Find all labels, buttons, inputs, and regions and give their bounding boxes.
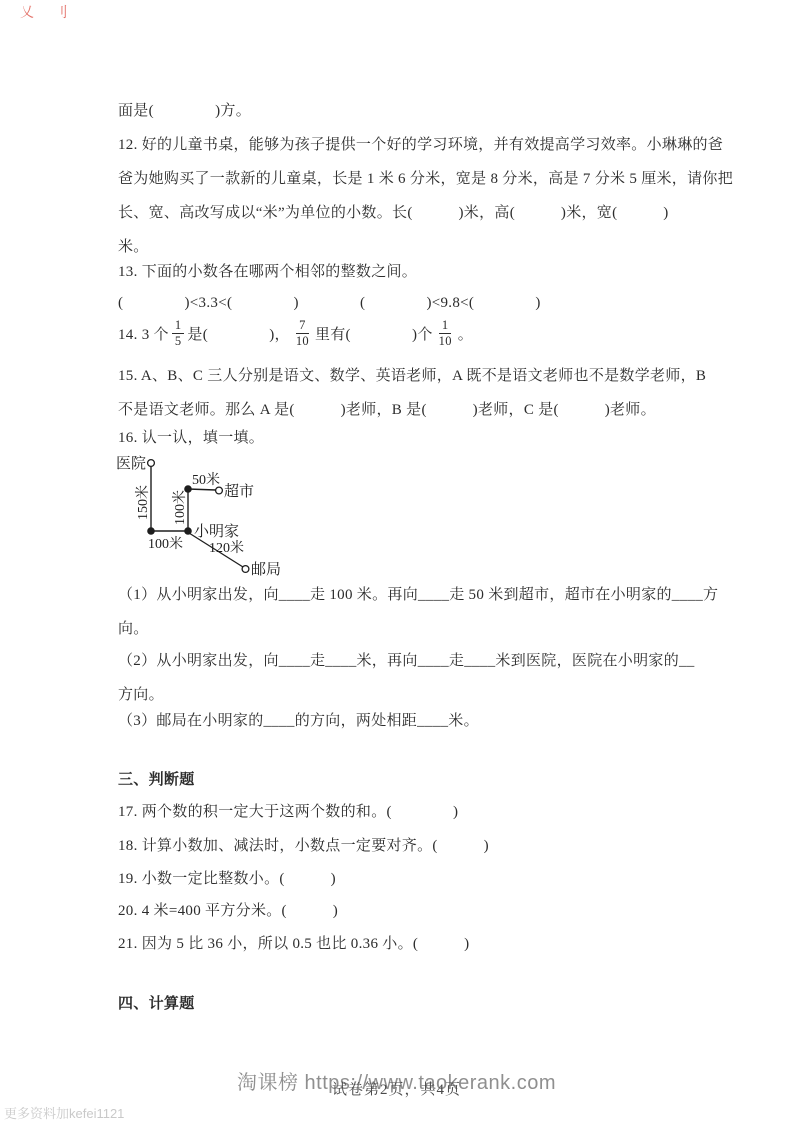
question-19: 19. 小数一定比整数小。( ) [118,869,336,889]
map-supermarket-label: 超市 [224,482,254,500]
exam-paper-page: 乂 刂 面是( )方。 12. 好的儿童书桌，能够为孩子提供一个好的学习环境，并… [0,0,793,1122]
map-post-office-node [242,566,249,573]
question-14-part-2: 是( )， [187,323,289,344]
question-11-tail: 面是( )方。 [118,101,251,121]
question-21: 21. 因为 5 比 36 小，所以 0.5 也比 0.36 小。( ) [118,934,469,954]
map-road-50m [188,489,216,490]
map-distance-100m-vertical: 100米 [171,490,188,525]
question-17: 17. 两个数的积一定大于这两个数的和。( ) [118,802,458,822]
question-20: 20. 4 米=400 平方分米。( ) [118,901,338,921]
question-16-sub-2-line-2: 方向。 [118,685,164,705]
map-hospital-node [148,460,155,467]
question-16-title: 16. 认一认，填一填。 [118,428,264,448]
question-12-line-3: 长、宽、高改写成以“米”为单位的小数。长( )米，高( )米，宽( ) [118,203,669,223]
question-14-part-3: 里有( )个 [315,323,433,344]
fraction-denominator: 10 [436,334,455,348]
question-13-answer-blanks: ( )<3.3<( ) ( )<9.8<( ) [118,293,541,313]
map-distance-150m: 150米 [134,485,151,520]
question-13-line-1: 13. 下面的小数各在哪两个相邻的整数之间。 [118,262,417,282]
map-distance-50m: 50米 [192,471,220,488]
question-15-line-1: 15. A、B、C 三人分别是语文、数学、英语老师，A 既不是语文老师也不是数学… [118,366,706,386]
question-16-sub-2-line-1: （2）从小明家出发，向____走____米，再向____走____米到医院，医院… [118,651,695,671]
map-distance-120m: 120米 [209,539,244,556]
section-4-heading: 四、计算题 [118,994,195,1014]
map-post-office-label: 邮局 [251,561,281,578]
map-home-label: 小明家 [194,523,239,540]
question-16-map-diagram: 医院 150米 100米 小明家 100米 50米 超市 120米 [110,448,300,580]
question-14-part-1: 14. 3 个 [118,323,169,344]
question-16-sub-3: （3）邮局在小明家的____的方向，两处相距____米。 [118,711,479,731]
fraction-one-tenth: 1 10 [436,318,455,348]
section-3-heading: 三、判断题 [118,770,195,790]
promo-watermark: 更多资料加kefei1121 [4,1103,124,1122]
question-16-sub-1-line-2: 向。 [118,619,149,639]
question-12-line-1: 12. 好的儿童书桌，能够为孩子提供一个好的学习环境，并有效提高学习效率。小琳琳… [118,135,723,155]
question-12-line-2: 爸为她购买了一款新的儿童桌，长是 1 米 6 分米，宽是 8 分米，高是 7 分… [118,169,733,189]
fraction-one-fifth: 1 5 [172,318,185,348]
red-grading-marks: 乂 刂 [20,2,76,22]
page-number: 试卷第2页，共4页 [0,1078,793,1099]
question-14: 14. 3 个 1 5 是( )， 7 10 里有( )个 1 10 。 [118,315,473,351]
question-14-part-4: 。 [458,323,473,344]
question-12-line-4: 米。 [118,237,149,257]
question-15-line-2: 不是语文老师。那么 A 是( )老师，B 是( )老师，C 是( )老师。 [118,400,656,420]
fraction-numerator: 7 [296,318,309,333]
map-supermarket-node [216,487,223,494]
fraction-numerator: 1 [439,318,452,333]
question-16-sub-1-line-1: （1）从小明家出发，向____走 100 米。再向____走 50 米到超市，超… [118,585,718,605]
map-distance-100m-horizontal: 100米 [148,535,183,552]
map-hospital-label: 医院 [116,455,146,472]
question-18: 18. 计算小数加、减法时，小数点一定要对齐。( ) [118,836,489,856]
fraction-seven-tenths: 7 10 [293,318,312,348]
fraction-numerator: 1 [172,318,185,333]
fraction-denominator: 10 [293,334,312,348]
fraction-denominator: 5 [172,334,185,348]
